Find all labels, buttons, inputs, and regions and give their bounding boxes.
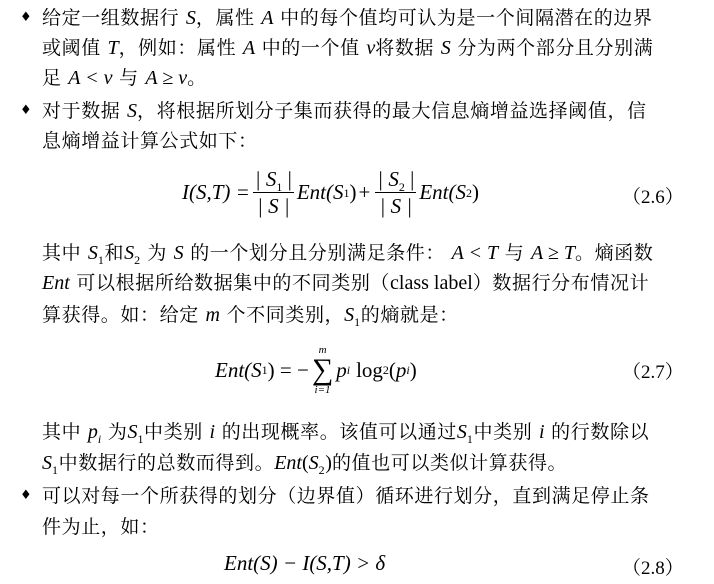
math-var: T xyxy=(107,37,118,59)
text: 个不同类别， xyxy=(227,304,345,326)
bullet-3-line-2: 件为止，如： xyxy=(42,515,160,539)
text: 或阈值 xyxy=(42,37,101,59)
math-expr: A < T xyxy=(452,242,498,264)
text: ，例如：属性 xyxy=(119,37,237,59)
bullet-2-line-1: 对于数据 S，将根据所划分子集而获得的最大信息熵增益选择阈值，信 xyxy=(42,99,647,123)
subscript: i xyxy=(98,432,101,446)
text: 和 xyxy=(104,242,124,264)
fraction-s2-over-s: | S2 | | S | xyxy=(375,167,416,218)
frac-num: | S xyxy=(255,167,277,191)
math-var: S xyxy=(42,452,52,474)
text: 。熵函数 xyxy=(575,242,653,264)
math-var: p xyxy=(336,358,347,383)
sigma-symbol: ∑ xyxy=(312,356,333,384)
math-var: S xyxy=(124,242,134,264)
math-var: S xyxy=(127,421,137,443)
bullet-icon: ♦ xyxy=(20,99,32,123)
text: 件为止，如： xyxy=(42,516,160,538)
text: 其中 xyxy=(42,242,81,264)
text: 将数据 xyxy=(375,37,434,59)
math-expr: A < v xyxy=(68,67,112,89)
text: 与 xyxy=(505,242,525,264)
subscript: 1 xyxy=(354,315,361,329)
bullet-1-line-1: 给定一组数据行 S，属性 A 中的每个值均可认为是一个间隔潜在的边界 xyxy=(42,6,653,30)
eq-term: Ent(S xyxy=(419,180,466,205)
text: ，属性 xyxy=(196,7,255,29)
text: 为 xyxy=(147,242,167,264)
text: 为 xyxy=(108,421,128,443)
subscript: 2 xyxy=(134,253,141,267)
equation-2-7: Ent(S1) = − m ∑ i=1 pi log2(pi) xyxy=(215,344,417,396)
math-var: S xyxy=(186,7,196,29)
math-var: i xyxy=(539,421,545,443)
text: 。 xyxy=(187,67,207,89)
eq-lhs: I(S,T) = xyxy=(182,180,250,205)
paragraph-2-line-1: 其中 pi 为S1中类别 i 的出现概率。该值可以通过S1中类别 i 的行数除以 xyxy=(42,420,649,444)
bullet-1-line-2: 或阈值 T，例如：属性 A 中的一个值 v将数据 S 分为两个部分且分别满 xyxy=(42,36,653,60)
text: 对于数据 xyxy=(42,100,120,122)
equation-number: （2.8） xyxy=(622,553,684,580)
subscript: 1 xyxy=(52,463,59,477)
subscript: 1 xyxy=(467,432,474,446)
math-var: v xyxy=(366,37,375,59)
eq-sign: ) = − xyxy=(268,358,309,383)
text: 可以根据所给数据集中的不同类别（ xyxy=(76,272,390,294)
math-var: m xyxy=(205,304,219,326)
text: 中的每个值均可认为是一个间隔潜在的边界 xyxy=(280,7,652,29)
math-expr: A ≥ T xyxy=(531,242,575,264)
text: 中类别 xyxy=(474,421,533,443)
text: 的一个划分且分别满足条件： xyxy=(190,242,445,264)
math-var: S xyxy=(309,452,319,474)
paragraph-1-line-3: 算获得。如：给定 m 个不同类别，S1的熵就是： xyxy=(42,303,459,327)
eq-lhs: Ent(S xyxy=(215,358,262,383)
sum-lower-limit: i=1 xyxy=(315,384,331,396)
math-var: S xyxy=(441,37,451,59)
text: 给定一组数据行 xyxy=(42,7,179,29)
bullet-2-line-2: 息熵增益计算公式如下： xyxy=(42,129,258,153)
text: 的出现概率。该值可以通过 xyxy=(222,421,457,443)
text: 息熵增益计算公式如下： xyxy=(42,130,258,152)
math-var: p xyxy=(88,421,98,443)
equation-2-6: I(S,T) = | S1 | | S | Ent(S1) + | S2 | |… xyxy=(182,167,479,218)
text: 中数据行的总数而得到。 xyxy=(59,452,275,474)
plus-sign: + xyxy=(359,180,371,205)
latin-text: class label xyxy=(390,272,473,294)
math-var: p xyxy=(396,358,407,383)
math-var: A xyxy=(261,7,273,29)
text: 算获得。如：给定 xyxy=(42,304,199,326)
text: 中类别 xyxy=(144,421,203,443)
math-func: Ent xyxy=(42,272,70,294)
math-var: i xyxy=(210,421,216,443)
text: ，将根据所划分子集而获得的最大信息熵增益选择阈值，信 xyxy=(137,100,647,122)
text: ）数据行分布情况计 xyxy=(473,272,649,294)
math-var: S xyxy=(457,421,467,443)
text: 其中 xyxy=(42,421,81,443)
equation-number: （2.6） xyxy=(622,182,684,209)
fraction-s1-over-s: | S1 | | S | xyxy=(253,167,294,218)
bullet-icon: ♦ xyxy=(20,484,32,508)
frac-den: | S | xyxy=(257,193,290,218)
text: 与 xyxy=(119,67,139,89)
math-var: S xyxy=(344,304,354,326)
math-var: S xyxy=(174,242,184,264)
bullet-3-line-1: 可以对每一个所获得的划分（边界值）循环进行划分，直到满足停止条 xyxy=(42,484,650,508)
text: 可以对每一个所获得的划分（边界值）循环进行划分，直到满足停止条 xyxy=(42,485,650,507)
paragraph-1-line-2: Ent 可以根据所给数据集中的不同类别（class label）数据行分布情况计 xyxy=(42,271,649,295)
math-var: S xyxy=(88,242,98,264)
math-expr: A ≥ v xyxy=(145,67,187,89)
text: 的值也可以类似计算获得。 xyxy=(332,452,567,474)
math-func: Ent xyxy=(274,452,302,474)
text: 的熵就是： xyxy=(361,304,459,326)
bullet-1-line-3: 足 A < v 与 A ≥ v。 xyxy=(42,66,207,90)
summation: m ∑ i=1 xyxy=(312,344,333,396)
log-func: log xyxy=(356,358,383,383)
equation-number: （2.7） xyxy=(622,357,684,384)
math-var: S xyxy=(127,100,137,122)
eq-term: Ent(S xyxy=(297,180,344,205)
text: 分为两个部分且分别满 xyxy=(457,37,653,59)
equation-2-8: Ent(S) − I(S,T) > δ xyxy=(224,551,385,576)
text: 的行数除以 xyxy=(551,421,649,443)
frac-den: | S | xyxy=(380,193,413,218)
bullet-icon: ♦ xyxy=(20,6,32,30)
text: 足 xyxy=(42,67,62,89)
frac-num: | S xyxy=(377,167,399,191)
text: 中的一个值 xyxy=(262,37,360,59)
paragraph-2-line-2: S1中数据行的总数而得到。Ent(S2)的值也可以类似计算获得。 xyxy=(42,451,567,475)
paragraph-1-line-1: 其中 S1和S2 为 S 的一个划分且分别满足条件： A < T 与 A ≥ T… xyxy=(42,241,653,265)
math-var: A xyxy=(243,37,255,59)
eq-expr: Ent(S) − I(S,T) > δ xyxy=(224,551,385,576)
